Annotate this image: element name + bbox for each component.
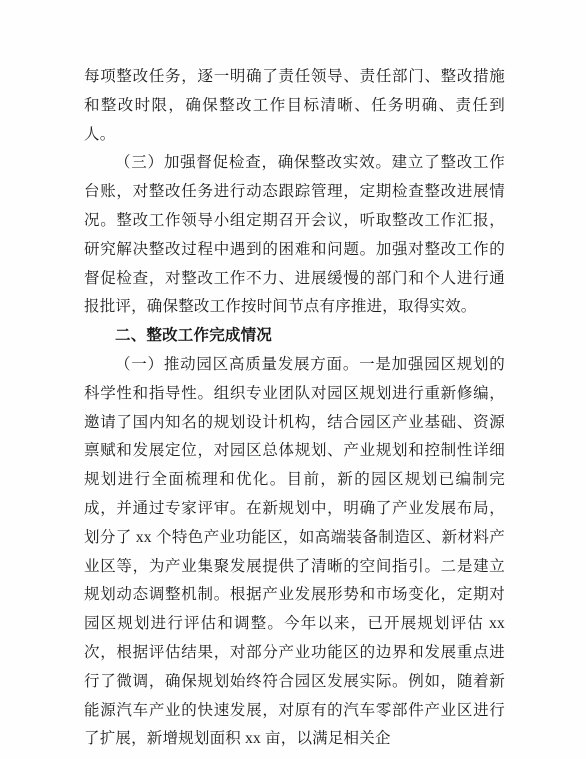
section-heading-completion-status: 二、整改工作完成情况 — [84, 322, 505, 351]
paragraph-supervision-inspection: （三）加强督促检查，确保整改实效。建立了整改工作台账，对整改任务进行动态跟踪管理… — [84, 149, 505, 322]
paragraph-park-development: （一）推动园区高质量发展方面。一是加强园区规划的科学性和指导性。组织专业团队对园… — [84, 351, 505, 754]
paragraph-rectification-responsibilities: 每项整改任务，逐一明确了责任领导、责任部门、整改措施和整改时限，确保整改工作目标… — [84, 63, 505, 149]
document-page: 每项整改任务，逐一明确了责任领导、责任部门、整改措施和整改时限，确保整改工作目标… — [0, 0, 586, 759]
